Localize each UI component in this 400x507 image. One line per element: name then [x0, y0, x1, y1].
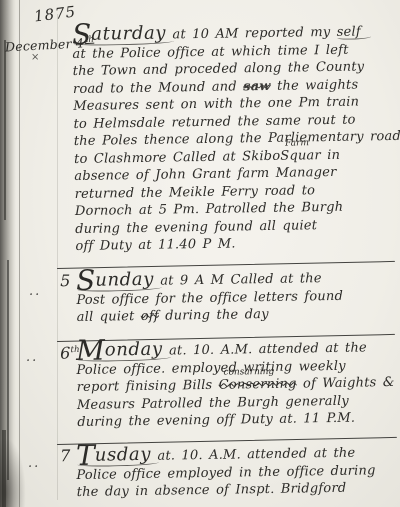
handwriting-segment: absence of John Grant farm Manager	[74, 165, 336, 184]
day-word-rest: aturday	[91, 23, 166, 45]
day-word-initial: T	[76, 439, 95, 472]
ditto-mark: ..	[26, 350, 38, 365]
journal-page: 1875 December 4th × .. .. .. Saturday at…	[0, 0, 400, 507]
day-word: Saturday	[72, 23, 166, 45]
handwriting-segment: all quiet	[77, 309, 141, 325]
inserted-note: Farm	[285, 139, 309, 148]
entry-number: 5	[60, 272, 71, 290]
day-word-initial: S	[72, 18, 92, 51]
scan-corner-shadow	[0, 437, 26, 507]
handwriting-segment: of Waights &	[297, 375, 395, 392]
day-word: Monday	[76, 339, 163, 361]
handwriting-segment: to Clashmore Called at Skibo	[74, 148, 280, 166]
handwriting-segment: in	[321, 147, 340, 162]
handwriting-segment: at 9 A M Called at the	[154, 271, 322, 289]
day-word-rest: unday	[95, 269, 154, 291]
handwriting-segment: Dornoch at 5 Pm. Patrolled the Burgh	[75, 200, 344, 219]
flourished-text: self	[337, 24, 361, 39]
journal-entry: Saturday at 10 AM reported my selfat the…	[72, 21, 400, 256]
overwritten-text: saw	[243, 78, 271, 93]
journal-entry: 7Tusday at. 10. A.M. attended at thePoli…	[76, 442, 400, 502]
margin-rule-line	[57, 14, 58, 500]
handwriting-segment: the Town and proceded along the County	[73, 59, 365, 79]
strikethrough-text: off	[141, 309, 159, 324]
day-word-initial: S	[76, 264, 96, 297]
handwriting-segment: at. 10. A.M. attended at the	[163, 340, 367, 358]
handwriting-segment: report finising Bills	[77, 378, 219, 395]
handwriting-segment: at. 10. A.M. attended at the	[151, 446, 355, 464]
handwriting-segment: the Poles thence along the Parliementary…	[74, 129, 400, 149]
page-edge-line	[19, 0, 20, 507]
journal-entry: 6thMonday at. 10. A.M. attended at thePo…	[76, 337, 400, 432]
handwriting-segment: Measures sent on with the one Pm train	[73, 94, 359, 113]
handwriting-segment: the day in absence of Inspt. Bridgford	[77, 481, 347, 500]
handwriting-segment: off Duty at 11.40 P M.	[75, 236, 235, 254]
ditto-mark: ..	[29, 284, 41, 299]
handwriting-segment: at 10 AM reported my	[166, 25, 337, 43]
inserted-text: FarmSquar	[280, 147, 321, 165]
base-text: Conserning	[219, 377, 297, 393]
day-word-initial: M	[76, 334, 105, 367]
corrected-text: consarningConserning	[219, 376, 297, 395]
year-heading: 1875	[33, 2, 77, 25]
handwriting-segment: during the evening off Duty at. 11 P.M.	[77, 411, 355, 430]
day-word-rest: onday	[105, 339, 163, 361]
handwriting-segment: road to the Mound and	[73, 79, 243, 97]
day-word: Tusday	[76, 444, 151, 466]
handwriting-segment: during the day	[159, 307, 269, 324]
day-word: Sunday	[76, 269, 154, 291]
entry-number: 7	[60, 447, 71, 465]
ditto-mark: ..	[28, 456, 40, 471]
handwriting-segment: during the evening found all quiet	[75, 218, 317, 237]
journal-entry: 5Sunday at 9 A M Called at thePost offic…	[76, 267, 400, 327]
margin-mark: ×	[31, 52, 39, 63]
binding-streak	[4, 40, 6, 220]
inserted-note: consarning	[223, 368, 274, 378]
handwriting-segment: returned the Meikle Ferry road to	[75, 183, 316, 202]
day-word-rest: usday	[95, 444, 152, 466]
base-text: Squar	[280, 148, 321, 164]
handwriting-segment: the waights	[271, 77, 359, 93]
